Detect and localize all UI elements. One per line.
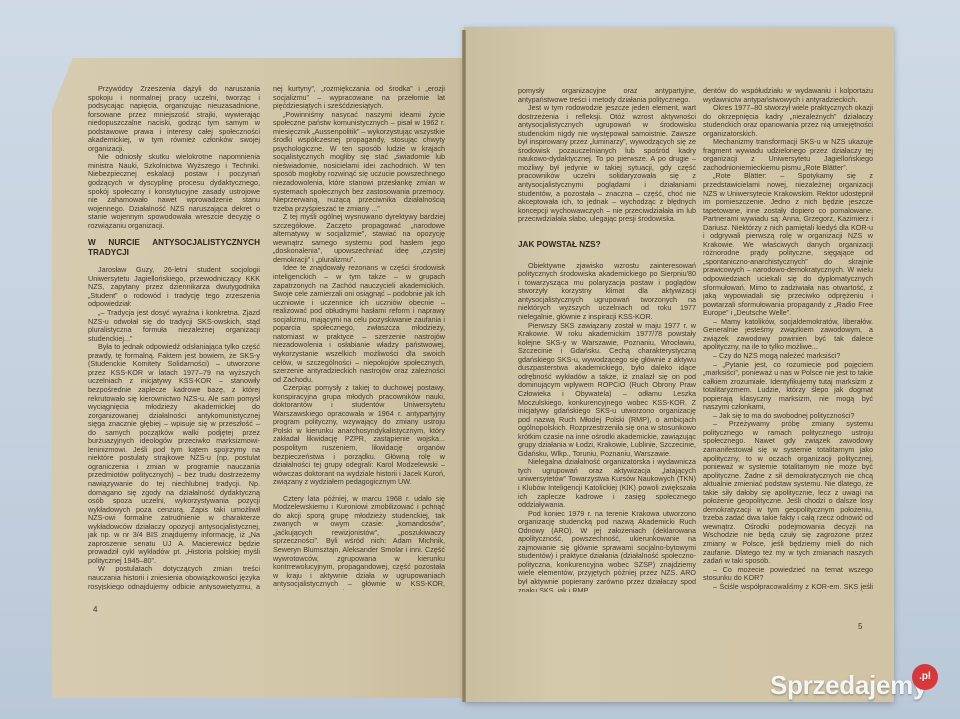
paragraph: – Mamy katolików, socjaldemokratów, libe… — [703, 318, 873, 352]
paragraph: „Rote Blätter: – Spotykamy się z przedst… — [703, 172, 873, 317]
section-heading: JAK POWSTAŁ NZS? — [518, 240, 696, 250]
right-page-column-1: pomysły organizacyjne oraz antypartyjne,… — [518, 87, 696, 592]
watermark-badge: .pl — [912, 664, 938, 690]
paragraph: – Ściśle współpracowaliśmy z KOR-em. SKS… — [703, 583, 873, 592]
paragraph: dentów do współudziału w wydawaniu i kol… — [703, 87, 873, 104]
paragraph: pomysły organizacyjne oraz antypartyjne,… — [518, 87, 696, 104]
page-number-left: 4 — [93, 605, 97, 614]
left-page-column-1: Przywódcy Zrzeszenia dążyli do naruszani… — [88, 85, 260, 590]
paragraph: Obiektywne zjawisko wzrostu zainteresowa… — [518, 262, 696, 322]
page-fold — [462, 30, 466, 702]
paragraph: Idee te znajdowały rezonans w części śro… — [273, 264, 445, 384]
paragraph: W postulatach dotyczących zmian treści n… — [88, 565, 260, 590]
paragraph: Okres 1977–80 stworzył wiele praktycznyc… — [703, 104, 873, 138]
paragraph: nej kurtyny”, „rozmiękczania od środka” … — [273, 85, 445, 111]
paragraph: Nielegalna działalność organizatorska i … — [518, 458, 696, 509]
paragraph: Jarosław Guzy, 26-letni student socjolog… — [88, 266, 260, 309]
paragraph: Mechanizmy transformacji SKS-u w NZS uka… — [703, 138, 873, 172]
paragraph: Z tej myśli ogólnej wysnuwano dyrektywy … — [273, 213, 445, 264]
paragraph: Pod koniec 1979 r. na terenie Krakowa ut… — [518, 510, 696, 592]
right-page-column-2: dentów do współudziału w wydawaniu i kol… — [703, 87, 873, 592]
paragraph: „Powinniśmy nasycać naszymi ideami życie… — [273, 111, 445, 214]
watermark-logo: Sprzedajemy — [770, 670, 927, 701]
section-heading: W NURCIE ANTYSOCJALISTYCZNYCH TRADYCJI — [88, 238, 260, 258]
paragraph: Nie odniosły skutku wielokrotne napomnie… — [88, 153, 260, 230]
paragraph: Jest w tym rodowodzie jeszcze jeden elem… — [518, 104, 696, 224]
paragraph: – Przeżywamy próbę zmiany systemu polity… — [703, 420, 873, 565]
paragraph: Pierwszy SKS zawiązany został w maju 197… — [518, 322, 696, 459]
paragraph: – Co możecie powiedzieć na temat wszego … — [703, 566, 873, 583]
left-page-column-2: nej kurtyny”, „rozmiękczania od środka” … — [273, 85, 445, 590]
paragraph: Czerpiąc pomysły z takiej to duchowej po… — [273, 384, 445, 487]
paragraph: – „Pytanie jest, co rozumiecie pod pojęc… — [703, 361, 873, 412]
paragraph: Cztery lata później, w marcu 1968 r. uda… — [273, 495, 445, 590]
paragraph: Przywódcy Zrzeszenia dążyli do naruszani… — [88, 85, 260, 153]
page-number-right: 5 — [858, 622, 862, 631]
paragraph: „– Tradycja jest dosyć wyraźna i konkret… — [88, 309, 260, 343]
paragraph: Była to jednak odpowiedź odsłaniająca ty… — [88, 343, 260, 565]
